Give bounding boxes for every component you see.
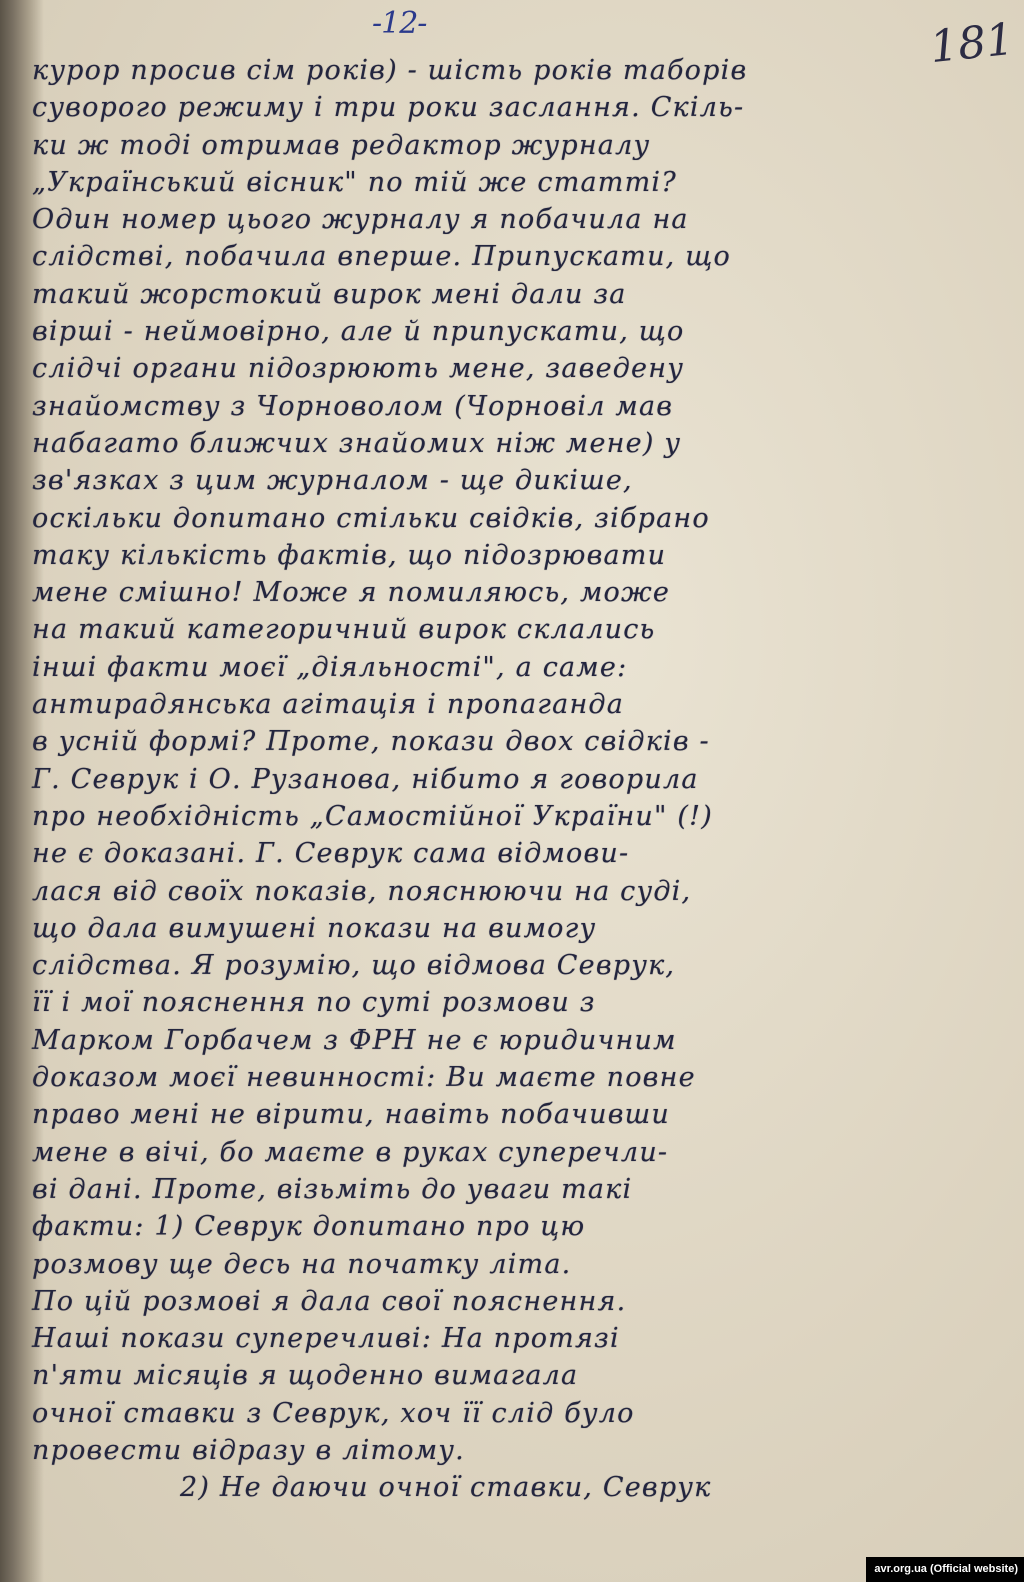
text-line: курор просив сім років) - шість років та… bbox=[32, 52, 992, 89]
text-line: Наші покази суперечливі: На протязі bbox=[32, 1320, 992, 1357]
text-line: на такий категоричний вирок склались bbox=[32, 611, 992, 648]
text-line: п'яти місяців я щоденно вимагала bbox=[32, 1357, 992, 1394]
text-line: такий жорстокий вирок мені дали за bbox=[32, 276, 992, 313]
text-line: 2) Не даючи очної ставки, Севрук bbox=[32, 1469, 992, 1506]
document-page: -12- 181 курор просив сім років) - шість… bbox=[0, 0, 1024, 1582]
text-line: знайомству з Чорноволом (Чорновіл мав bbox=[32, 388, 992, 425]
text-line: слідства. Я розумію, що відмова Севрук, bbox=[32, 947, 992, 984]
text-line: факти: 1) Севрук допитано про цю bbox=[32, 1208, 992, 1245]
text-line: слідчі органи підозрюють мене, заведену bbox=[32, 350, 992, 387]
text-line: слідстві, побачила вперше. Припускати, щ… bbox=[32, 238, 992, 275]
text-line: мене в вічі, бо маєте в руках суперечли- bbox=[32, 1134, 992, 1171]
page-number: -12- bbox=[372, 6, 426, 41]
text-line: мене смішно! Може я помиляюсь, може bbox=[32, 574, 992, 611]
text-line: інші факти моєї „діяльності", а саме: bbox=[32, 649, 992, 686]
text-line: про необхідність „Самостійної України" (… bbox=[32, 798, 992, 835]
text-line: набагато ближчих знайомих ніж мене) у bbox=[32, 425, 992, 462]
text-line: Г. Севрук і О. Рузанова, нібито я говори… bbox=[32, 761, 992, 798]
text-line: Один номер цього журналу я побачила на bbox=[32, 201, 992, 238]
text-line: не є доказані. Г. Севрук сама відмови- bbox=[32, 835, 992, 872]
text-line: лася від своїх показів, пояснюючи на суд… bbox=[32, 873, 992, 910]
text-line: таку кількість фактів, що підозрювати bbox=[32, 537, 992, 574]
text-line: ки ж тоді отримав редактор журналу bbox=[32, 127, 992, 164]
text-line: По цій розмові я дала свої пояснення. bbox=[32, 1283, 992, 1320]
text-line: доказом моєї невинності: Ви маєте повне bbox=[32, 1059, 992, 1096]
text-line: Марком Горбачем з ФРН не є юридичним bbox=[32, 1022, 992, 1059]
text-line: оскільки допитано стільки свідків, зібра… bbox=[32, 500, 992, 537]
text-line: суворого режиму і три роки заслання. Скі… bbox=[32, 89, 992, 126]
handwritten-text: курор просив сім років) - шість років та… bbox=[32, 52, 992, 1507]
text-line: очної ставки з Севрук, хоч її слід було bbox=[32, 1395, 992, 1432]
text-line: що дала вимушені покази на вимогу bbox=[32, 910, 992, 947]
text-line: право мені не вірити, навіть побачивши bbox=[32, 1096, 992, 1133]
text-line: ві дані. Проте, візьміть до уваги такі bbox=[32, 1171, 992, 1208]
text-line: її і мої пояснення по суті розмови з bbox=[32, 984, 992, 1021]
text-line: вірші - неймовірно, але й припускати, що bbox=[32, 313, 992, 350]
text-line: „Український вісник" по тій же статті? bbox=[32, 164, 992, 201]
text-line: антирадянська агітація і пропаганда bbox=[32, 686, 992, 723]
source-watermark: avr.org.ua (Official website) bbox=[866, 1557, 1024, 1582]
text-line: розмову ще десь на початку літа. bbox=[32, 1246, 992, 1283]
text-line: в усній формі? Проте, покази двох свідкі… bbox=[32, 723, 992, 760]
text-line: зв'язках з цим журналом - ще дикіше, bbox=[32, 462, 992, 499]
text-line: провести відразу в літому. bbox=[32, 1432, 992, 1469]
